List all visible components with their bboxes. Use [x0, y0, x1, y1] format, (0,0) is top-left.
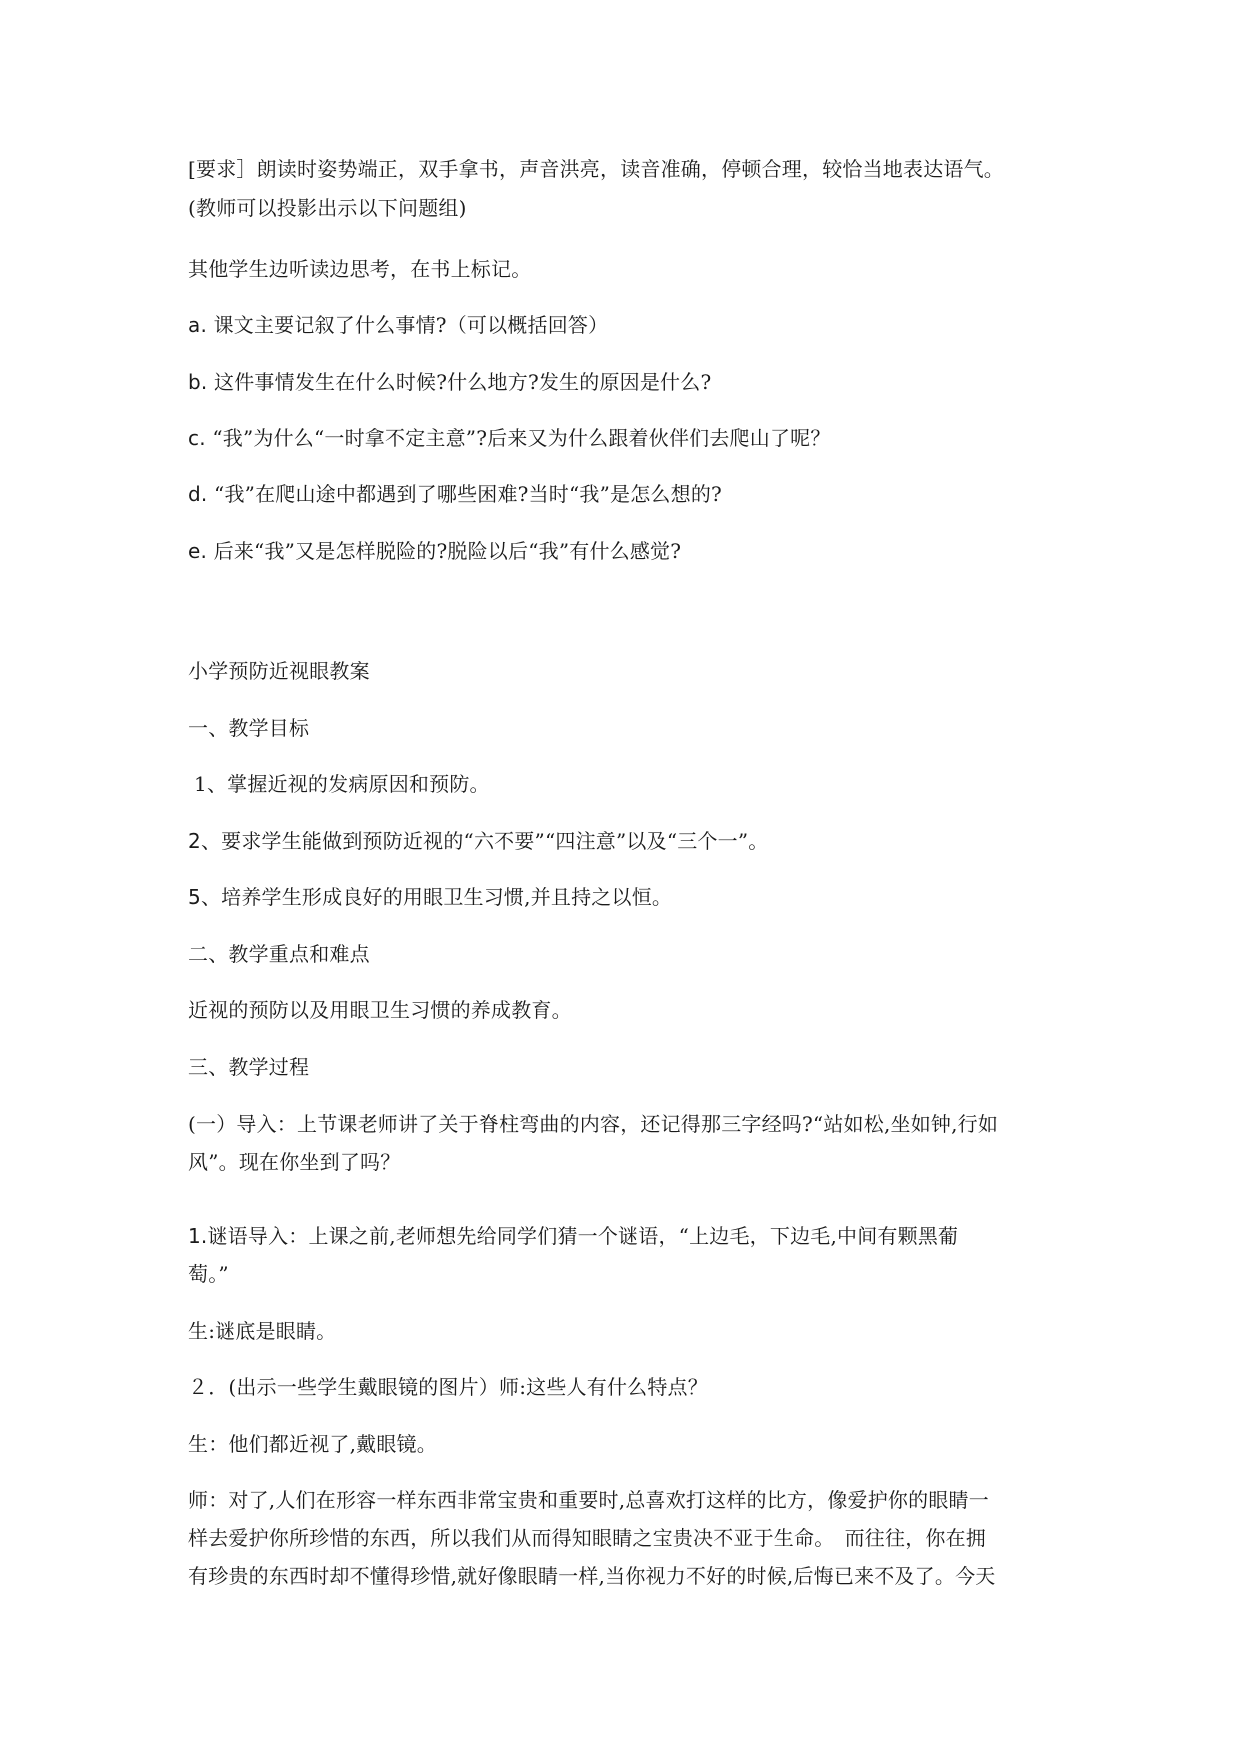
question-e: e. 后来“我”又是怎样脱险的?脱险以后“我”有什么感觉?: [188, 536, 681, 566]
intro-text-line1: (一）导入：上节课老师讲了关于脊柱弯曲的内容，还记得那三字经吗?“站如松,坐如钟…: [188, 1109, 998, 1139]
goal-label: 2: [188, 829, 201, 853]
requirement-text-line2: (教师可以投影出示以下问题组): [188, 193, 467, 223]
question-text: 后来“我”又是怎样脱险的?脱险以后“我”有什么感觉?: [214, 539, 682, 563]
instruction-text: 其他学生边听读边思考，在书上标记。: [188, 254, 531, 284]
document-page: [要求］朗读时姿势端正，双手拿书，声音洪亮，读音准确，停顿合理，较恰当地表达语气…: [0, 0, 1241, 1754]
question-d: d. “我”在爬山途中都遇到了哪些困难?当时“我”是怎么想的?: [188, 479, 722, 509]
question-label: d.: [188, 482, 207, 506]
riddle-text: 谜语导入：上课之前,老师想先给同学们猜一个谜语，“上边毛，下边毛,中间有颗黑葡: [207, 1224, 958, 1248]
riddle-text-line1: 1.谜语导入：上课之前,老师想先给同学们猜一个谜语，“上边毛，下边毛,中间有颗黑…: [188, 1221, 958, 1251]
question-label: a.: [188, 313, 207, 337]
riddle-text-line2: 萄。”: [188, 1259, 229, 1289]
question-text: “我”为什么“一时拿不定主意”?后来又为什么跟着伙伴们去爬山了呢？: [212, 426, 830, 450]
goal-item-2: 2、要求学生能做到预防近视的“六不要”“四注意”以及“三个一”。: [188, 826, 769, 856]
question-label: c.: [188, 426, 206, 450]
question-label: b.: [188, 370, 207, 394]
student-answer-2: 生：他们都近视了,戴眼镜。: [188, 1429, 437, 1459]
question-c: c. “我”为什么“一时拿不定主意”?后来又为什么跟着伙伴们去爬山了呢？: [188, 423, 831, 453]
goal-text: 、培养学生形成良好的用眼卫生习惯,并且持之以恒。: [201, 885, 672, 909]
question-b: b. 这件事情发生在什么时候?什么地方?发生的原因是什么?: [188, 367, 711, 397]
requirement-text-line1: [要求］朗读时姿势端正，双手拿书，声音洪亮，读音准确，停顿合理，较恰当地表达语气…: [188, 154, 1004, 184]
heading-key-points: 二、教学重点和难点: [188, 939, 370, 969]
teacher-text-line1: 师：对了,人们在形容一样东西非常宝贵和重要时,总喜欢打这样的比方，像爱护你的眼睛…: [188, 1485, 989, 1515]
question-text: 课文主要记叙了什么事情?（可以概括回答）: [214, 313, 609, 337]
picture-question: ２．(出示一些学生戴眼镜的图片）师:这些人有什么特点？: [188, 1372, 708, 1402]
teacher-text-line3: 有珍贵的东西时却不懂得珍惜,就好像眼睛一样,当你视力不好的时候,后悔已来不及了。…: [188, 1561, 995, 1591]
question-text: 这件事情发生在什么时候?什么地方?发生的原因是什么?: [214, 370, 711, 394]
question-label: e.: [188, 539, 207, 563]
key-points-text: 近视的预防以及用眼卫生习惯的养成教育。: [188, 995, 572, 1025]
student-answer-1: 生:谜底是眼睛。: [188, 1316, 336, 1346]
goal-label: 1: [188, 772, 207, 796]
heading-teaching-process: 三、教学过程: [188, 1052, 309, 1082]
goal-label: 5: [188, 885, 201, 909]
intro-text-line2: 风”。现在你坐到了吗？: [188, 1147, 400, 1177]
question-a: a. 课文主要记叙了什么事情?（可以概括回答）: [188, 310, 608, 340]
heading-teaching-goals: 一、教学目标: [188, 713, 309, 743]
goal-item-3: 5、培养学生形成良好的用眼卫生习惯,并且持之以恒。: [188, 882, 672, 912]
goal-text: 、掌握近视的发病原因和预防。: [207, 772, 490, 796]
goal-text: 、要求学生能做到预防近视的“六不要”“四注意”以及“三个一”。: [201, 829, 769, 853]
riddle-label: 1.: [188, 1224, 207, 1248]
lesson-title: 小学预防近视眼教案: [188, 656, 370, 686]
question-text: “我”在爬山途中都遇到了哪些困难?当时“我”是怎么想的?: [214, 482, 722, 506]
teacher-text-line2: 样去爱护你所珍惜的东西，所以我们从而得知眼睛之宝贵决不亚于生命。 而往往，你在拥: [188, 1523, 986, 1553]
goal-item-1: 1、掌握近视的发病原因和预防。: [188, 769, 490, 799]
